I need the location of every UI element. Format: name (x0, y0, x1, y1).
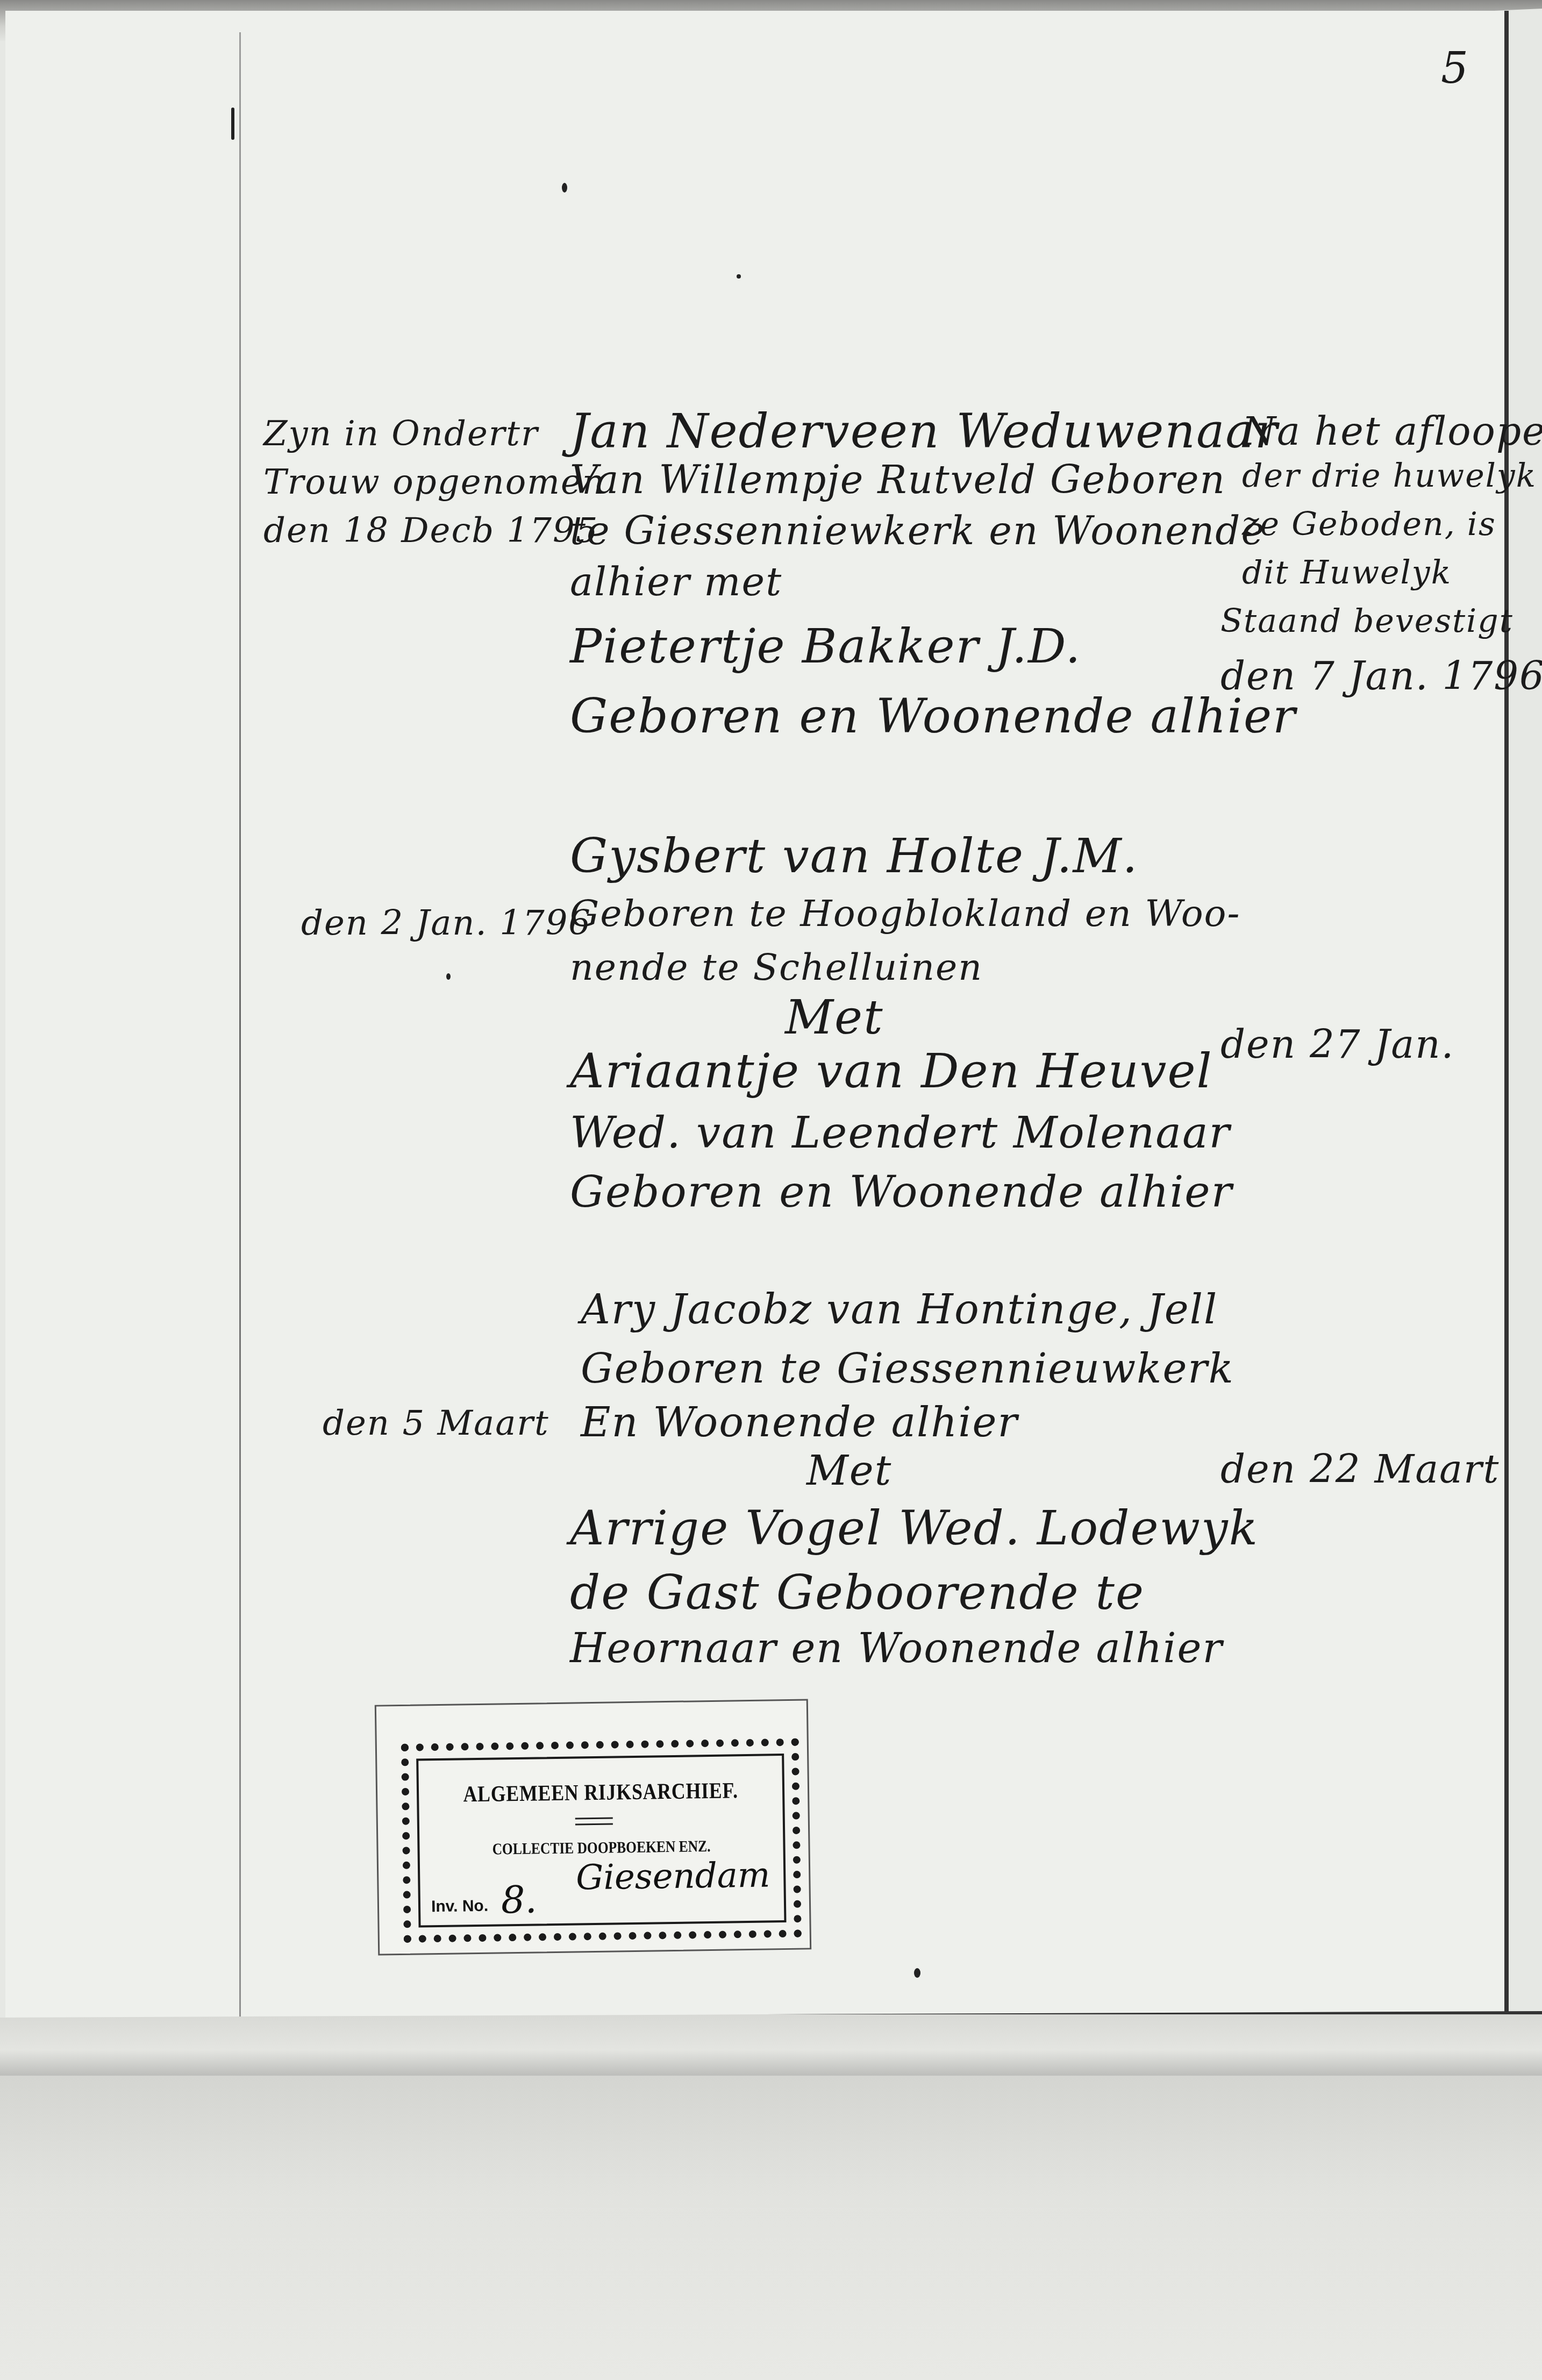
entry-body-line: Geboren te Giessennieuwkerk (581, 1344, 1234, 1392)
side-note-date: den 27 Jan. (1220, 1022, 1455, 1067)
entry-body-line: alhier met (570, 559, 782, 604)
entry-body-line: Geboren en Woonende alhier (570, 1167, 1233, 1217)
ink-speck (446, 973, 451, 980)
entry-body-line: de Gast Geboorende te (570, 1565, 1145, 1620)
double-rule-divider (575, 1817, 613, 1825)
entry-met: Met (785, 989, 884, 1045)
entry-body-line: Geboren te Hoogblokland en Woo- (570, 893, 1241, 935)
side-note-line: dit Huwelyk (1242, 554, 1452, 592)
margin-note-date: den 2 Jan. 1796 (301, 903, 591, 943)
side-note-line: der drie huwelyk (1242, 457, 1537, 495)
page-bottom-edge (0, 2011, 1542, 2076)
ink-speck (562, 183, 567, 193)
side-note-line: Staand bevestigt (1220, 602, 1514, 640)
entry-groom-name: Gysbert van Holte J.M. (570, 828, 1139, 883)
margin-fold-line (239, 32, 241, 2022)
underlying-page-area (0, 2076, 1542, 2380)
margin-note-line: Trouw opgenomen (263, 462, 605, 502)
entry-body-line: Jan Nederveen Weduwenaar (570, 403, 1279, 459)
entry-body-line: te Giessenniewkerk en Woonende (570, 508, 1265, 553)
inventory-number-label: Inv. No. (431, 1897, 489, 1916)
page-number: 5 (1441, 43, 1469, 93)
label-inner-frame: ALGEMEEN RIJKSARCHIEF. COLLECTIE DOOPBOE… (416, 1754, 786, 1928)
entry-body-line: nende te Schelluinen (570, 946, 983, 989)
ink-speck (737, 274, 741, 279)
entry-body-line: Geboren en Woonende alhier (570, 688, 1296, 744)
side-note-line: Na het afloopen (1242, 409, 1542, 454)
place-name-handwritten: Giesendam (576, 1855, 770, 1898)
entry-bride-name: Ariaantje van Den Heuvel (570, 1043, 1213, 1099)
entry-body-line: Wed. van Leendert Molenaar (570, 1108, 1231, 1158)
side-note-date: den 22 Maart (1220, 1446, 1500, 1492)
ink-mark (231, 108, 234, 140)
side-note-line: ze Geboden, is (1242, 505, 1496, 543)
inventory-number-value: 8. (501, 1877, 537, 1922)
entry-body-line: Van Willempje Rutveld Geboren (570, 457, 1226, 502)
entry-bride-name: Arrige Vogel Wed. Lodewyk (570, 1500, 1259, 1556)
side-note-date: den 7 Jan. 1796 (1220, 653, 1542, 699)
archive-title: ALGEMEEN RIJKSARCHIEF. (446, 1778, 755, 1808)
archive-label: ALGEMEEN RIJKSARCHIEF. COLLECTIE DOOPBOE… (375, 1699, 811, 1955)
ornamental-border: ALGEMEEN RIJKSARCHIEF. COLLECTIE DOOPBOE… (401, 1738, 802, 1943)
margin-note-date: den 5 Maart (323, 1403, 549, 1443)
ink-speck (914, 1968, 920, 1978)
page-right-edge (1504, 11, 1509, 2022)
entry-groom-name: Ary Jacobz van Hontinge, Jell (581, 1285, 1218, 1333)
entry-bride-name: Pietertje Bakker J.D. (570, 618, 1081, 674)
entry-met: Met (806, 1446, 892, 1494)
margin-note-line: Zyn in Ondertr (263, 414, 539, 454)
entry-body-line: En Woonende alhier (581, 1398, 1018, 1446)
margin-note-date: den 18 Decb 1795 (263, 511, 598, 551)
entry-body-line: Heornaar en Woonende alhier (570, 1624, 1223, 1672)
